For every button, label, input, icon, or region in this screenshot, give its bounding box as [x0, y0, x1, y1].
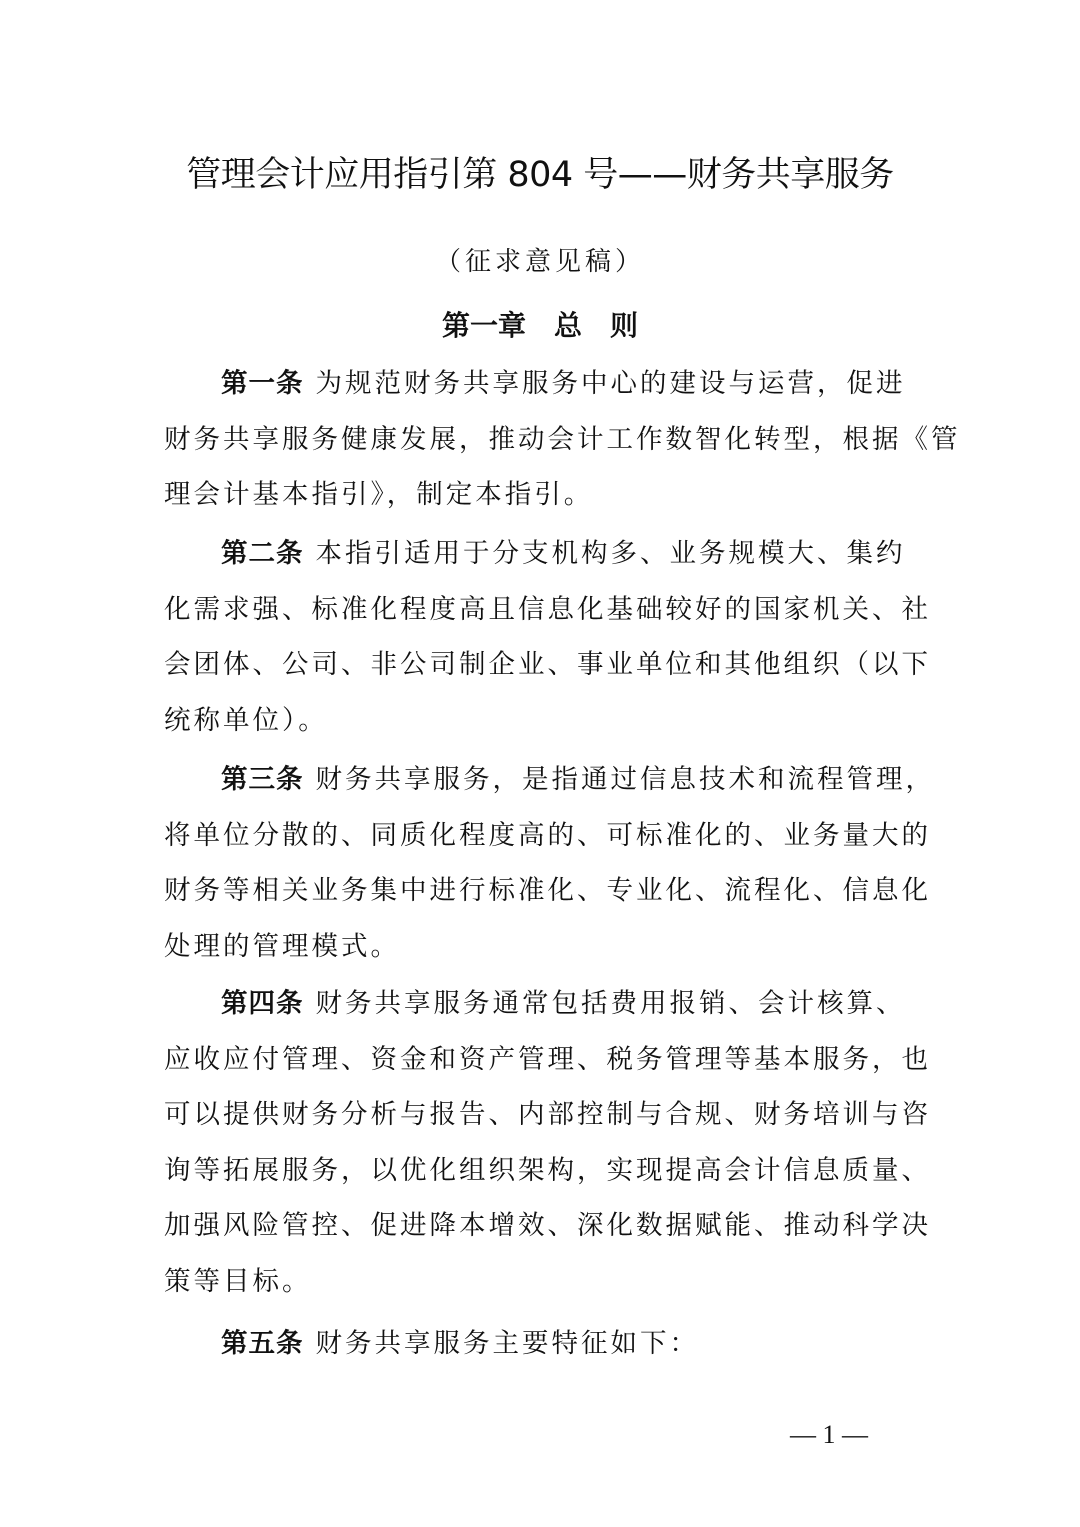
article-line: 策等目标。	[164, 1254, 924, 1310]
article-line: 第二条本指引适用于分支机构多、业务规模大、集约	[164, 526, 924, 582]
document-title: 管理会计应用指引第 804 号——财务共享服务	[0, 150, 1080, 200]
article-2: 第二条本指引适用于分支机构多、业务规模大、集约 化需求强、标准化程度高且信息化基…	[164, 526, 924, 748]
article-line: 应收应付管理、资金和资产管理、税务管理等基本服务，也	[164, 1032, 924, 1088]
article-4: 第四条财务共享服务通常包括费用报销、会计核算、 应收应付管理、资金和资产管理、税…	[164, 976, 924, 1309]
article-line: 处理的管理模式。	[164, 919, 924, 975]
article-line: 理会计基本指引》，制定本指引。	[164, 467, 924, 523]
page-number: — 1 —	[790, 1415, 868, 1455]
article-label: 第五条	[221, 1328, 304, 1359]
article-label: 第四条	[221, 988, 304, 1019]
article-label: 第一条	[221, 368, 304, 399]
article-label: 第二条	[221, 538, 304, 569]
article-line: 第四条财务共享服务通常包括费用报销、会计核算、	[164, 976, 924, 1032]
article-line: 询等拓展服务，以优化组织架构，实现提高会计信息质量、	[164, 1143, 924, 1199]
article-line: 统称单位）。	[164, 693, 924, 749]
article-line: 第三条财务共享服务，是指通过信息技术和流程管理，	[164, 752, 924, 808]
document-subtitle: （征求意见稿）	[0, 242, 1080, 282]
article-line: 化需求强、标准化程度高且信息化基础较好的国家机关、社	[164, 582, 924, 638]
document-page: 管理会计应用指引第 804 号——财务共享服务 （征求意见稿） 第一章 总 则 …	[0, 0, 1080, 1527]
article-line: 将单位分散的、同质化程度高的、可标准化的、业务量大的	[164, 808, 924, 864]
article-line: 加强风险管控、促进降本增效、深化数据赋能、推动科学决	[164, 1198, 924, 1254]
article-5: 第五条财务共享服务主要特征如下：	[164, 1316, 924, 1372]
article-label: 第三条	[221, 764, 304, 795]
article-line: 第一条为规范财务共享服务中心的建设与运营，促进	[164, 356, 924, 412]
chapter-heading: 第一章 总 则	[0, 306, 1080, 346]
article-1: 第一条为规范财务共享服务中心的建设与运营，促进 财务共享服务健康发展，推动会计工…	[164, 356, 924, 523]
article-line: 可以提供财务分析与报告、内部控制与合规、财务培训与咨	[164, 1087, 924, 1143]
article-3: 第三条财务共享服务，是指通过信息技术和流程管理， 将单位分散的、同质化程度高的、…	[164, 752, 924, 974]
article-line: 第五条财务共享服务主要特征如下：	[164, 1316, 924, 1372]
article-line: 财务等相关业务集中进行标准化、专业化、流程化、信息化	[164, 863, 924, 919]
article-line: 会团体、公司、非公司制企业、事业单位和其他组织（以下	[164, 637, 924, 693]
article-line: 财务共享服务健康发展，推动会计工作数智化转型，根据《管	[164, 412, 924, 468]
